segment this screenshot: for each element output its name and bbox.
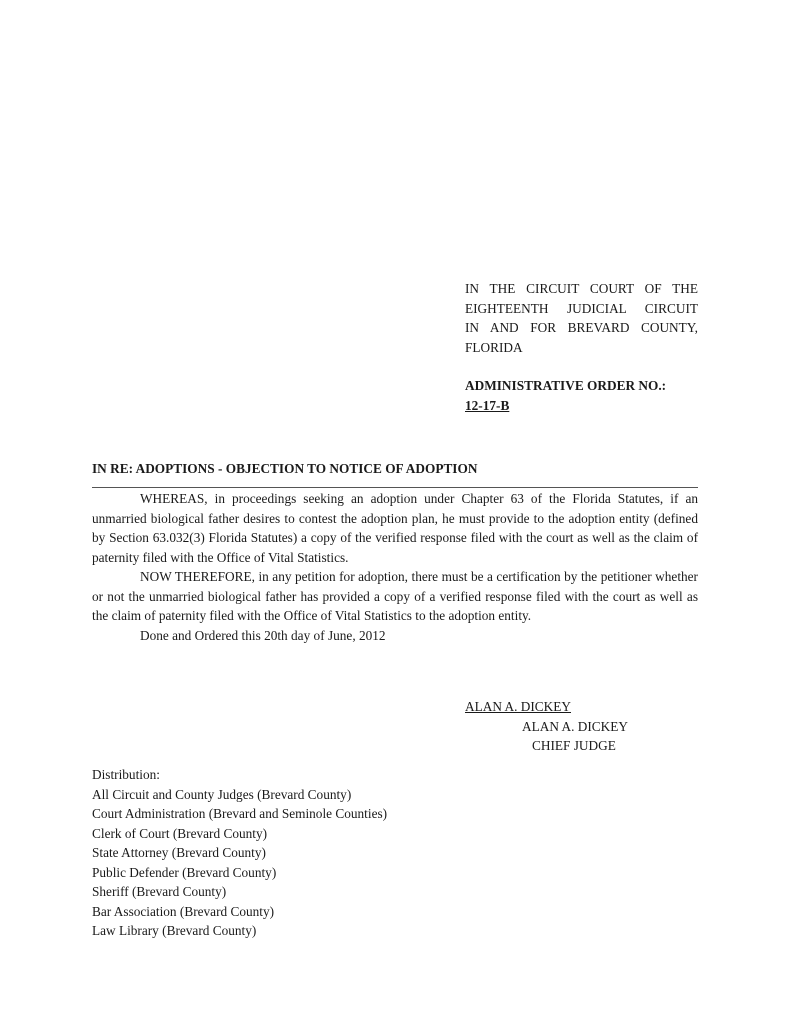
- caption-line: IN AND FOR BREVARD COUNTY,: [465, 318, 698, 338]
- caption-line: IN THE CIRCUIT COURT OF THE: [465, 279, 698, 299]
- distribution-heading: Distribution:: [92, 765, 492, 785]
- distribution-item: All Circuit and County Judges (Brevard C…: [92, 785, 492, 805]
- horizontal-rule: [92, 487, 698, 488]
- whereas-paragraph: WHEREAS, in proceedings seeking an adopt…: [92, 489, 698, 567]
- signature-block: ALAN A. DICKEY ALAN A. DICKEY CHIEF JUDG…: [465, 697, 665, 756]
- order-body: WHEREAS, in proceedings seeking an adopt…: [92, 489, 698, 645]
- order-number: 12-17-B: [465, 396, 705, 416]
- distribution-item: Public Defender (Brevard County): [92, 863, 492, 883]
- distribution-item: Law Library (Brevard County): [92, 921, 492, 941]
- distribution-item: Court Administration (Brevard and Semino…: [92, 804, 492, 824]
- caption-line: EIGHTEENTH JUDICIAL CIRCUIT: [465, 299, 698, 319]
- court-caption: IN THE CIRCUIT COURT OF THE EIGHTEENTH J…: [465, 279, 698, 357]
- administrative-order: ADMINISTRATIVE ORDER NO.: 12-17-B: [465, 376, 705, 415]
- signature: ALAN A. DICKEY: [465, 697, 665, 717]
- judge-name: ALAN A. DICKEY: [465, 717, 665, 737]
- distribution-list: Distribution: All Circuit and County Jud…: [92, 765, 492, 941]
- judge-title: CHIEF JUDGE: [465, 736, 665, 756]
- order-label: ADMINISTRATIVE ORDER NO.:: [465, 378, 666, 393]
- caption-line: FLORIDA: [465, 338, 698, 358]
- now-therefore-paragraph: NOW THEREFORE, in any petition for adopt…: [92, 567, 698, 626]
- distribution-item: State Attorney (Brevard County): [92, 843, 492, 863]
- distribution-item: Bar Association (Brevard County): [92, 902, 492, 922]
- done-and-ordered: Done and Ordered this 20th day of June, …: [92, 626, 698, 646]
- distribution-item: Sheriff (Brevard County): [92, 882, 492, 902]
- distribution-item: Clerk of Court (Brevard County): [92, 824, 492, 844]
- in-re-heading: IN RE: ADOPTIONS - OBJECTION TO NOTICE O…: [92, 459, 477, 479]
